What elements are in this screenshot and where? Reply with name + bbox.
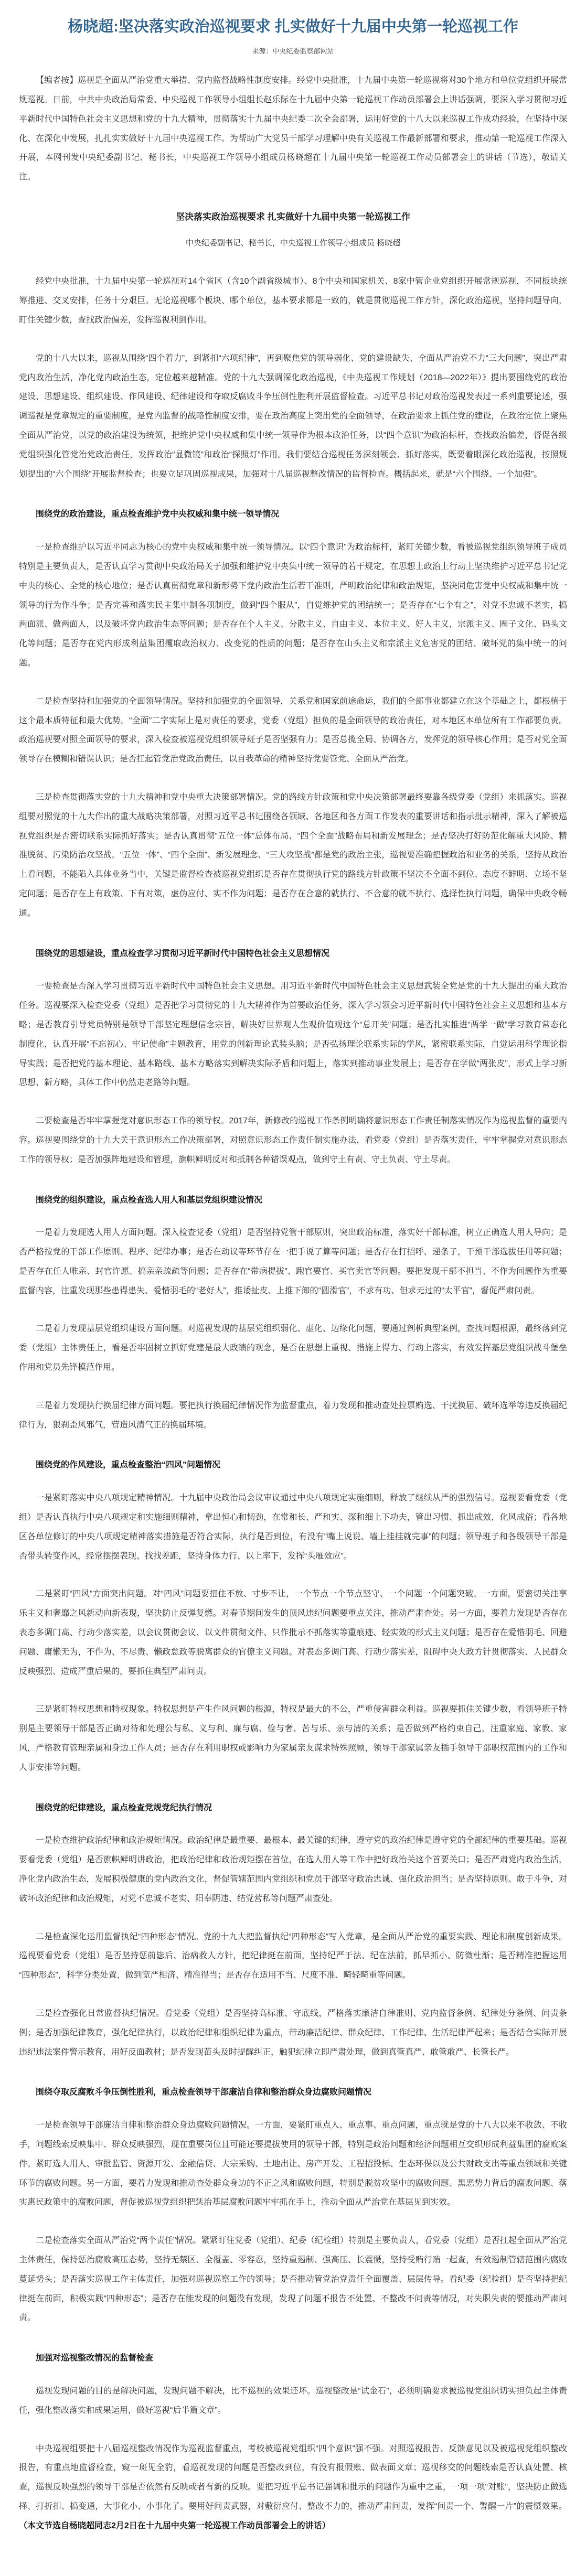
paragraph-text: 中央巡视组要把十八届巡视整改情况作为巡视监督重点，考校被巡视党组织“四个意识”强… (19, 2444, 567, 2511)
paragraph-text: 三是检查强化日常监督执纪情况。看党委（党组）是否坚持高标准、守底线，严格落实廉洁… (19, 2009, 567, 2057)
paragraph-text: 围绕党的纪律建设，重点检查党规党纪执行情况 (36, 1804, 212, 1812)
article-paragraph: 二是着力发现基层党组织建设方面问题。对巡视发现的基层党组织弱化、虚化、边缘化问题… (19, 1319, 567, 1377)
article-paragraph: 二是紧盯“四风”方面突出问题。对“四风”问题要扭住不放、寸步不让，一个节点一个节… (19, 1585, 567, 1681)
paragraph-text: 二是检查坚持和加强党的全面领导情况。坚持和加强党的全面领导，关系党和国家前途命运… (19, 697, 567, 764)
section-heading: 围绕夺取反腐败斗争压倒性胜利，重点检查领导干部廉洁自律和整治群众身边腐败问题情况 (19, 2085, 567, 2100)
article-paragraph: 党的十八大以来，巡视从围绕“四个着力”，到紧扣“六项纪律”，再到聚焦党的领导弱化… (19, 349, 567, 485)
paragraph-text: 三是着力发现执行换届纪律方面问题。要把执行换届纪律情况作为监督重点，着力发现和推… (19, 1401, 567, 1430)
article-paragraph: 三是着力发现执行换届纪律方面问题。要把执行换届纪律情况作为监督重点，着力发现和推… (19, 1397, 567, 1435)
article-page: 杨晓超:坚决落实政治巡视要求 扎实做好十九届中央第一轮巡视工作 来源：中央纪委监… (0, 0, 586, 2576)
article-paragraph: 经党中央批准，十九届中央第一轮巡视对14个省区（含10个副省级城市）、8个中央和… (19, 272, 567, 330)
closing-note: （本文节选自杨晓超同志2月2日在十九届中央第一轮巡视工作动员部署会上的讲话） (19, 2521, 331, 2530)
section-heading: 围绕党的组织建设，重点检查选人用人和基层党组织建设情况 (19, 1193, 567, 1208)
paragraph-text: 三是紧盯特权思想和特权现象。特权思想是产生作风问题的根源，特权是最大的不公，严重… (19, 1705, 567, 1772)
paragraph-text: 一是紧盯落实中央八项规定精神情况。十九届中央政治局会议审议通过中央八项规定实施细… (19, 1494, 567, 1560)
article-paragraph: 一要检查是否深入学习贯彻习近平新时代中国特色社会主义思想。用习近平新时代中国特色… (19, 977, 567, 1093)
paragraph-text: 党的十八大以来，巡视从围绕“四个着力”，到紧扣“六项纪律”，再到聚焦党的领导弱化… (19, 354, 567, 479)
paragraph-text: 一要检查是否深入学习贯彻习近平新时代中国特色社会主义思想。用习近平新时代中国特色… (19, 982, 567, 1087)
paragraph-text: 围绕党的思想建设，重点检查学习贯彻习近平新时代中国特色社会主义思想情况 (36, 949, 329, 958)
page-title: 杨晓超:坚决落实政治巡视要求 扎实做好十九届中央第一轮巡视工作 (19, 17, 567, 37)
paragraph-text: 围绕党的政治建设，重点检查维护党中央权威和集中统一领导情况 (36, 510, 279, 519)
paragraph-text: 围绕党的作风建设，重点检查整治“四风”问题情况 (36, 1461, 220, 1469)
paragraph-text: 巡视发现问题的目的是解决问题，发现问题不解决，比不巡视的效果还坏。巡视整改是“试… (19, 2387, 567, 2415)
paragraph-text: 围绕党的组织建设，重点检查选人用人和基层党组织建设情况 (36, 1196, 262, 1205)
article-subtitle: 坚决落实政治巡视要求 扎实做好十九届中央第一轮巡视工作 (19, 210, 567, 224)
paragraph-text: 一是检查维护以习近平同志为核心的党中央权威和集中统一领导情况。以“四个意识”为政… (19, 543, 567, 668)
paragraph-text: 二是检查深化运用监督执纪“四种形态”情况。党的十九大把监督执纪“四种形态”写入党… (19, 1933, 567, 1980)
source-line: 来源：中央纪委监察部网站 (19, 46, 567, 56)
paragraph-text: 一是着力发现选人用人方面问题。深入检查党委（党组）是否坚持党管干部原则，突出政治… (19, 1228, 567, 1295)
article-paragraph: 一是着力发现选人用人方面问题。深入检查党委（党组）是否坚持党管干部原则，突出政治… (19, 1223, 567, 1301)
article-paragraph: 三是紧盯特权思想和特权现象。特权思想是产生作风问题的根源，特权是最大的不公，严重… (19, 1700, 567, 1777)
paragraph-text: 二是检查落实全面从严治党“两个责任”情况。紧紧盯住党委（党组）、纪委（纪检组）特… (19, 2236, 567, 2322)
article-paragraph: 一是检查维护政治纪律和政治规矩情况。政治纪律是最重要、最根本、最关键的纪律，遵守… (19, 1831, 567, 1908)
paragraph-text: 一是检查领导干部廉洁自律和整治群众身边腐败问题情况。一方面，要紧盯重点人、重点事… (19, 2121, 567, 2207)
section-heading: 围绕党的政治建设，重点检查维护党中央权威和集中统一领导情况 (19, 507, 567, 522)
paragraph-text: 围绕夺取反腐败斗争压倒性胜利，重点检查领导干部廉洁自律和整治群众身边腐败问题情况 (36, 2088, 371, 2097)
article-paragraph: 二要检查是否牢牢掌握党对意识形态工作的领导权。2017年，新修改的巡视工作条例明… (19, 1112, 567, 1169)
byline: 中央纪委副书记、秘书长，中央巡视工作领导小组成员 杨晓超 (19, 237, 567, 248)
article-paragraph: 三是检查强化日常监督执纪情况。看党委（党组）是否坚持高标准、守底线，严格落实廉洁… (19, 2004, 567, 2062)
paragraph-text: 经党中央批准，十九届中央第一轮巡视对14个省区（含10个副省级城市）、8个中央和… (19, 277, 567, 325)
article-paragraph: 巡视发现问题的目的是解决问题，发现问题不解决，比不巡视的效果还坏。巡视整改是“试… (19, 2382, 567, 2421)
paragraph-text: 二要检查是否牢牢掌握党对意识形态工作的领导权。2017年，新修改的巡视工作条例明… (19, 1117, 567, 1164)
article-paragraph: 一是检查维护以习近平同志为核心的党中央权威和集中统一领导情况。以“四个意识”为政… (19, 538, 567, 673)
article-paragraph: 二是检查坚持和加强党的全面领导情况。坚持和加强党的全面领导，关系党和国家前途命运… (19, 692, 567, 769)
article-paragraph: 二是检查落实全面从严治党“两个责任”情况。紧紧盯住党委（党组）、纪委（纪检组）特… (19, 2231, 567, 2328)
section-heading: 围绕党的思想建设，重点检查学习贯彻习近平新时代中国特色社会主义思想情况 (19, 947, 567, 962)
paragraph-text: 二是着力发现基层党组织建设方面问题。对巡视发现的基层党组织弱化、虚化、边缘化问题… (19, 1324, 567, 1372)
article-paragraph: 一是检查领导干部廉洁自律和整治群众身边腐败问题情况。一方面，要紧盯重点人、重点事… (19, 2116, 567, 2213)
article-body: 经党中央批准，十九届中央第一轮巡视对14个省区（含10个副省级城市）、8个中央和… (19, 272, 567, 2536)
paragraph-text: 一是检查维护政治纪律和政治规矩情况。政治纪律是最重要、最根本、最关键的纪律，遵守… (19, 1836, 567, 1903)
paragraph-text: 三是检查贯彻落实党的十九大精神和党中央重大决策部署情况。党的路线方针政策和党中央… (19, 793, 567, 918)
article-paragraph: 中央巡视组要把十八届巡视整改情况作为巡视监督重点，考校被巡视党组织“四个意识”强… (19, 2440, 567, 2536)
section-heading: 围绕党的纪律建设，重点检查党规党纪执行情况 (19, 1801, 567, 1816)
article-paragraph: 一是紧盯落实中央八项规定精神情况。十九届中央政治局会议审议通过中央八项规定实施细… (19, 1489, 567, 1566)
section-heading: 围绕党的作风建设，重点检查整治“四风”问题情况 (19, 1458, 567, 1473)
paragraph-text: 二是紧盯“四风”方面突出问题。对“四风”问题要扭住不放、寸步不让，一个节点一个节… (19, 1590, 567, 1676)
article-paragraph: 二是检查深化运用监督执纪“四种形态”情况。党的十九大把监督执纪“四种形态”写入党… (19, 1928, 567, 1985)
paragraph-text: 加强对巡视整改情况的监督检查 (36, 2354, 153, 2363)
section-heading: 加强对巡视整改情况的监督检查 (19, 2351, 567, 2366)
article-paragraph: 三是检查贯彻落实党的十九大精神和党中央重大决策部署情况。党的路线方针政策和党中央… (19, 788, 567, 924)
editor-note: 【编者按】巡视是全面从严治党重大举措、党内监督战略性制度安排。经党中央批准，十九… (19, 71, 567, 187)
